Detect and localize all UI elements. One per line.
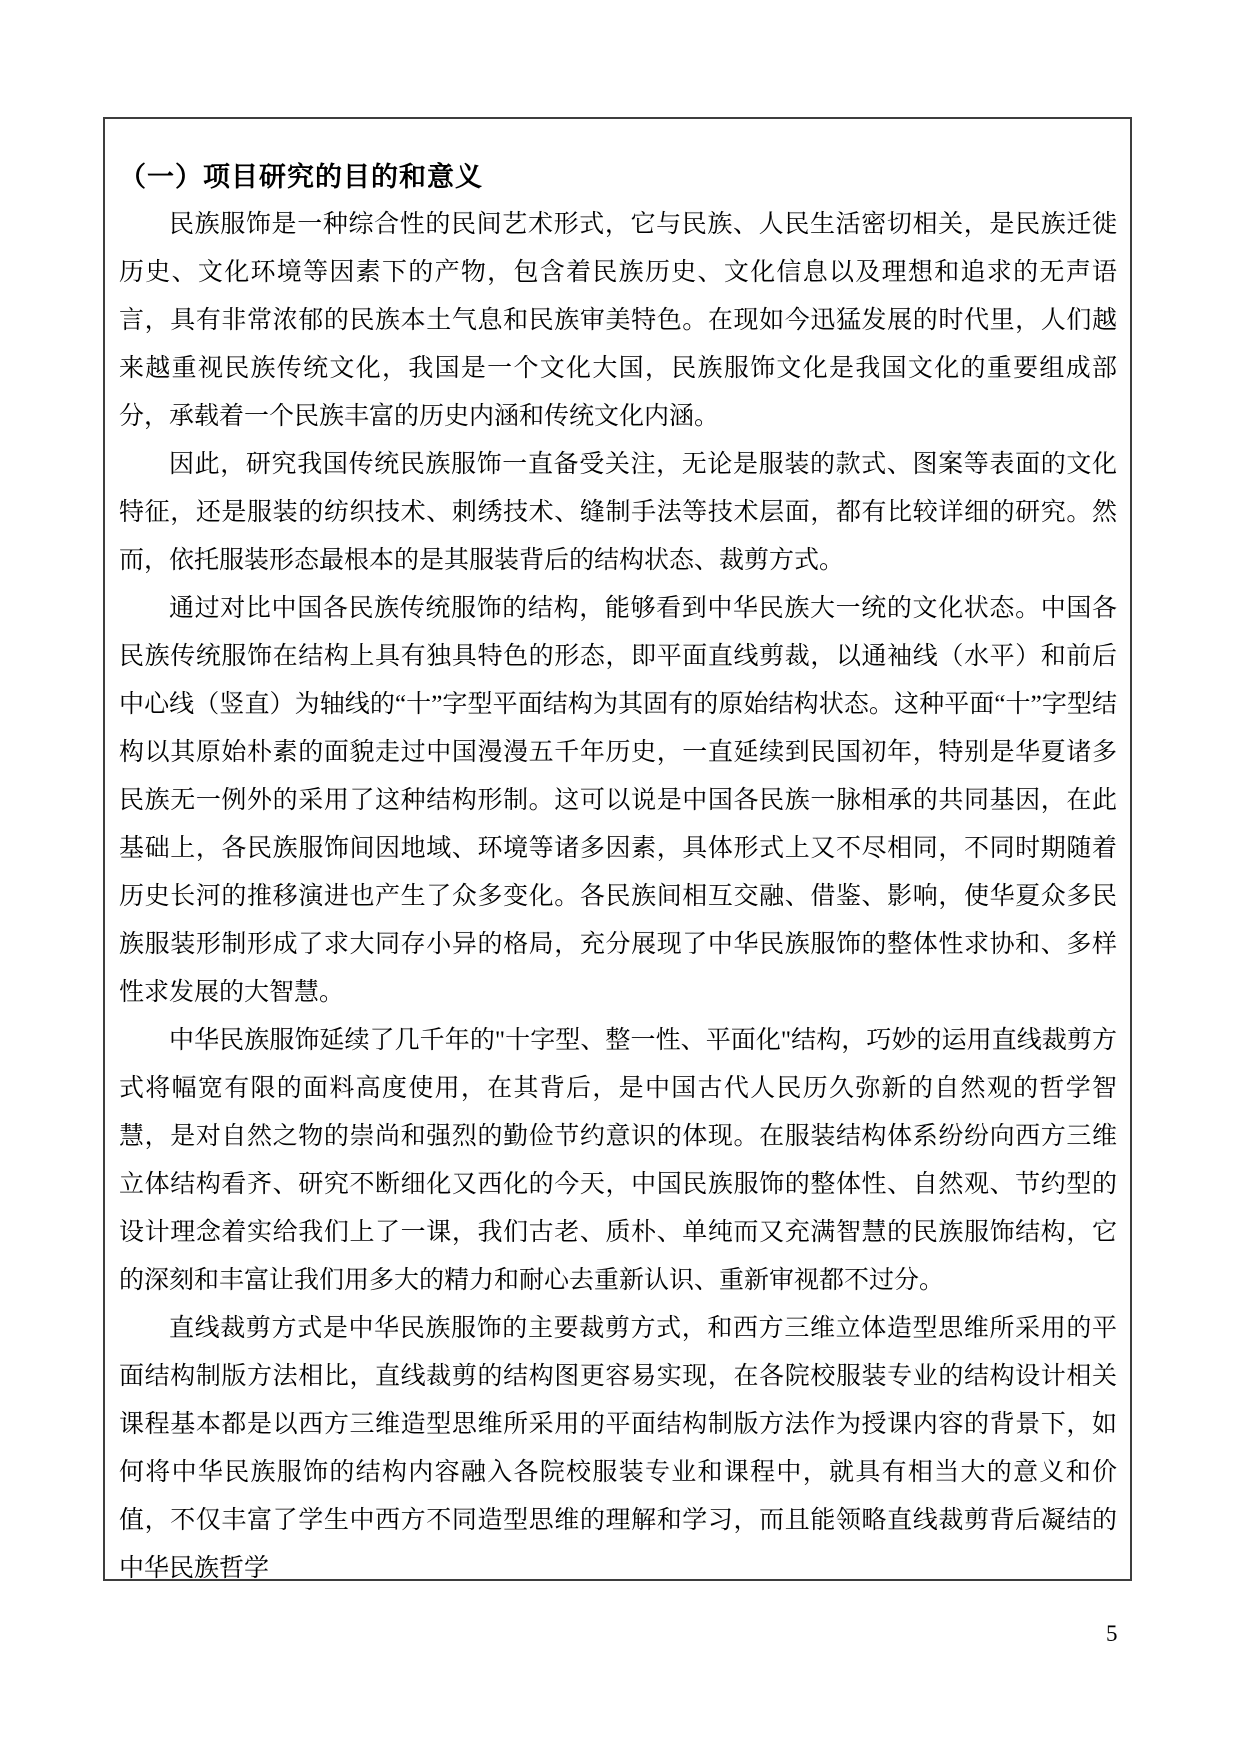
body-paragraph-2: 因此，研究我国传统民族服饰一直备受关注，无论是服装的款式、图案等表面的文化特征，… (119, 441, 1117, 585)
body-paragraph-3: 通过对比中国各民族传统服饰的结构，能够看到中华民族大一统的文化状态。中国各民族传… (119, 585, 1117, 1017)
section-heading: （一）项目研究的目的和意义 (119, 153, 1117, 201)
body-paragraph-1: 民族服饰是一种综合性的民间艺术形式，它与民族、人民生活密切相关，是民族迁徙历史、… (119, 201, 1117, 441)
content-border-box: （一）项目研究的目的和意义 民族服饰是一种综合性的民间艺术形式，它与民族、人民生… (103, 117, 1132, 1581)
body-paragraph-4: 中华民族服饰延续了几千年的"十字型、整一性、平面化"结构，巧妙的运用直线裁剪方式… (119, 1017, 1117, 1305)
document-page: （一）项目研究的目的和意义 民族服饰是一种综合性的民间艺术形式，它与民族、人民生… (0, 0, 1240, 1753)
page-number: 5 (1106, 1620, 1118, 1648)
body-paragraph-5: 直线裁剪方式是中华民族服饰的主要裁剪方式，和西方三维立体造型思维所采用的平面结构… (119, 1305, 1117, 1593)
